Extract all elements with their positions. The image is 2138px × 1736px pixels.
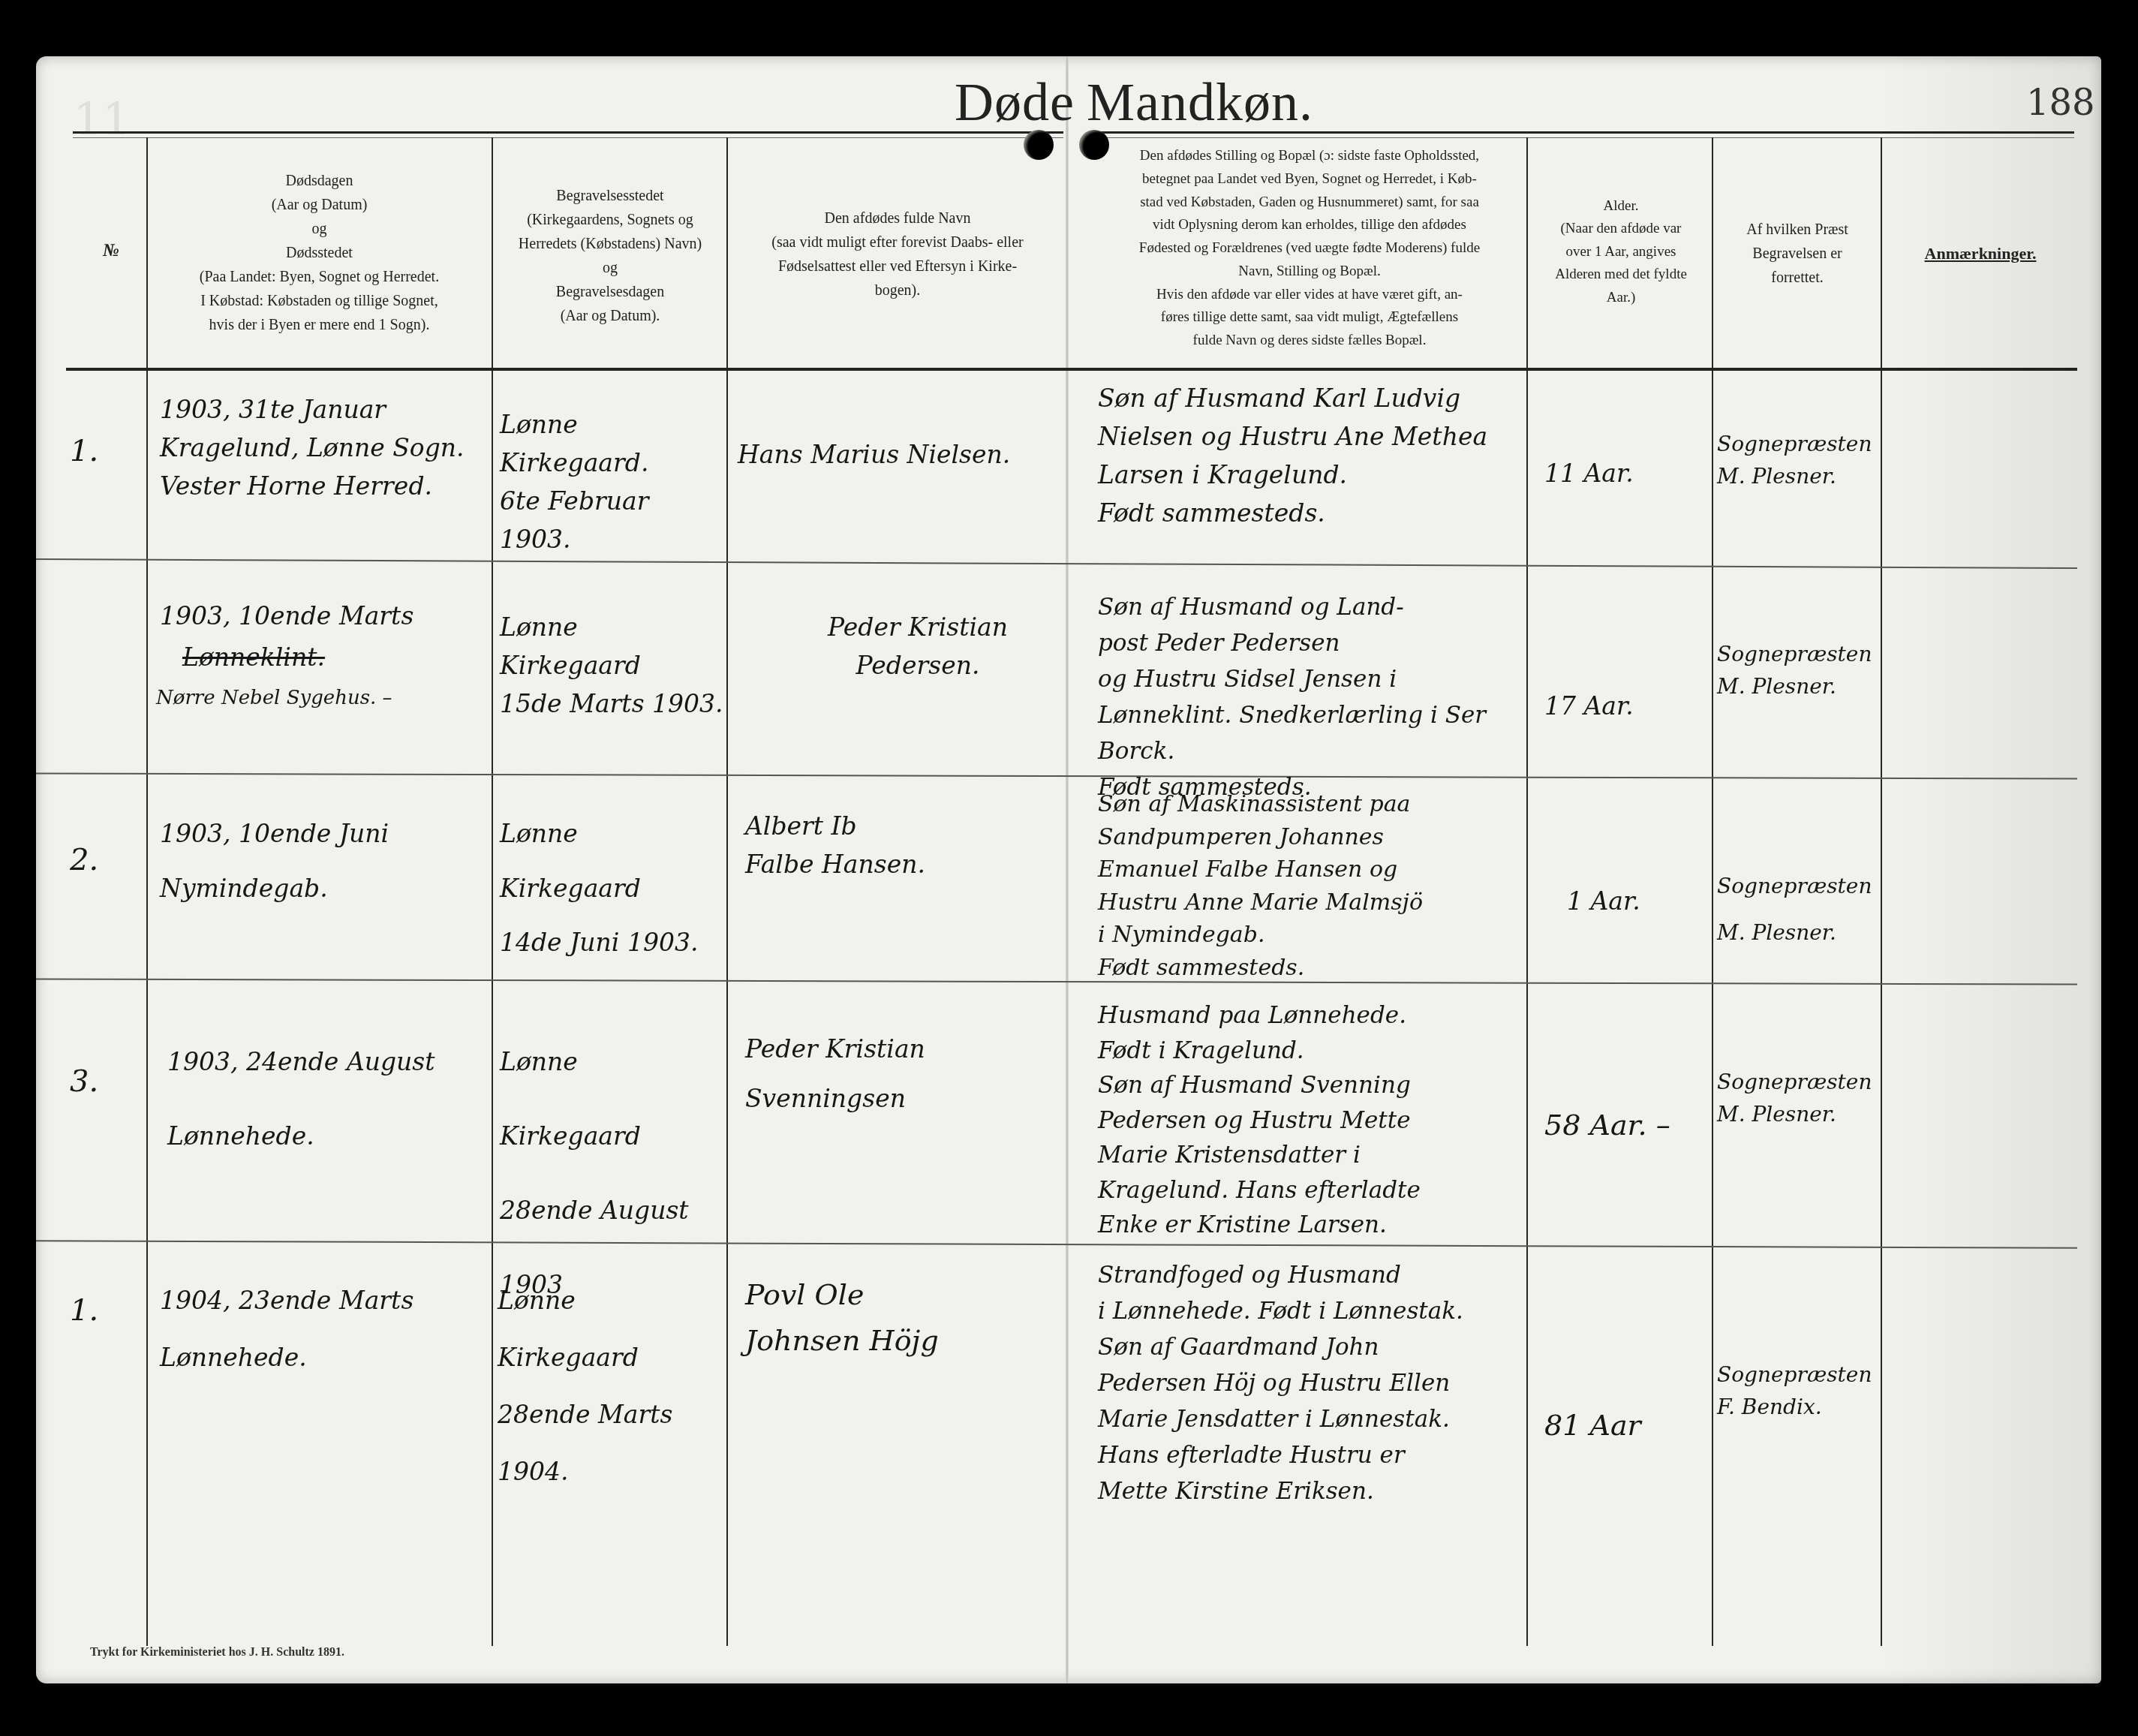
officiating-priest: Sognepræsten M. Plesner. [1717, 638, 1878, 703]
entry-number: 1. [70, 1287, 98, 1334]
burial-place-date: Lønne Kirkegaard 14de Juni 1903. [500, 807, 725, 970]
age: 58 Aar. – [1544, 1103, 1709, 1148]
death-date-place: 1903, 31te Januar Kragelund, Lønne Sogn.… [160, 390, 490, 505]
header-number: № [89, 236, 134, 265]
printer-imprint: Trykt for Kirkeministeriet hos J. H. Sch… [90, 1646, 344, 1659]
col-divider [726, 137, 728, 1646]
occupation-residence: Søn af Maskinassistent paa Sandpumperen … [1098, 788, 1526, 984]
entry-number: 3. [70, 1058, 98, 1105]
burial-place-date: Lønne Kirkegaard 28ende Marts 1904. [498, 1272, 723, 1500]
death-date-place: 1903, 24ende August Lønnehede. [167, 1024, 490, 1173]
occupation-residence: Søn af Husmand Karl Ludvig Nielsen og Hu… [1098, 379, 1526, 533]
officiating-priest: Sognepræsten M. Plesner. [1717, 428, 1878, 493]
header-full-name: Den afdødes fulde Navn (saa vidt muligt … [732, 206, 1063, 302]
header-remarks: Anmærkninger. [1887, 240, 2074, 266]
death-date-place: 1903, 10ende Juni Nymindegab. [160, 807, 490, 916]
header-occupation-residence: Den afdødes Stilling og Bopæl (ɔ: sidste… [1096, 145, 1523, 353]
death-place-struck: Lønneklint. [182, 638, 407, 676]
deceased-name: Peder Kristian Svenningsen [745, 1024, 1060, 1124]
death-place-corrected: Nørre Nebel Sygehus. – [156, 683, 486, 713]
burial-place-date: Lønne Kirkegaard 15de Marts 1903. [500, 608, 725, 723]
header-officiating-priest: Af hvilken Præst Begravelsen er forrette… [1718, 218, 1877, 290]
occupation-residence: Husmand paa Lønnehede. Født i Kragelund.… [1098, 998, 1526, 1243]
deceased-name: Povl Ole Johnsen Höjg [745, 1272, 1060, 1364]
occupation-residence: Søn af Husmand og Land- post Peder Peder… [1098, 589, 1526, 805]
header-burial-place-date: Begravelsesstedet (Kirkegaardens, Sognet… [498, 184, 723, 328]
officiating-priest: Sognepræsten M. Plesner. [1717, 863, 1878, 955]
row-separator [36, 772, 2077, 779]
entry-number: 2. [70, 837, 98, 883]
age: 17 Aar. [1544, 687, 1709, 725]
col-divider [1526, 137, 1528, 1646]
entry-number: 1. [70, 428, 98, 474]
header-bottom-rule [66, 368, 2077, 371]
deceased-name: Hans Marius Nielsen. [738, 435, 1068, 474]
officiating-priest: Sognepræsten M. Plesner. [1717, 1066, 1878, 1131]
burial-place-date: Lønne Kirkegaard. 6te Februar 1903. [500, 405, 725, 559]
officiating-priest: Sognepræsten F. Bendix. [1717, 1358, 1878, 1424]
age: 11 Aar. [1544, 454, 1709, 492]
col-divider [1712, 137, 1713, 1646]
deceased-name: Peder Kristian Pedersen. [771, 608, 1064, 684]
col-divider [1881, 137, 1882, 1646]
col-divider [492, 137, 493, 1646]
register-page: 11 Døde Mandkøn. 188 № Dødsdagen (Aar og… [36, 56, 2101, 1683]
header-age: Alder. (Naar den afdøde var over 1 Aar, … [1532, 195, 1709, 309]
header-death-date-place: Dødsdagen (Aar og Datum) og Dødsstedet (… [152, 169, 486, 337]
age: 81 Aar [1544, 1404, 1709, 1448]
age: 1 Aar. [1567, 882, 1709, 920]
row-separator [36, 1240, 2077, 1248]
row-separator [36, 978, 2077, 985]
deceased-name: Albert Ib Falbe Hansen. [745, 807, 1060, 883]
death-date: 1903, 10ende Marts [160, 597, 490, 635]
occupation-residence: Strandfoged og Husmand i Lønnehede. Født… [1098, 1257, 1526, 1509]
col-divider [146, 137, 148, 1646]
row-separator [36, 558, 2077, 569]
death-date-place: 1904, 23ende Marts Lønnehede. [160, 1272, 490, 1386]
